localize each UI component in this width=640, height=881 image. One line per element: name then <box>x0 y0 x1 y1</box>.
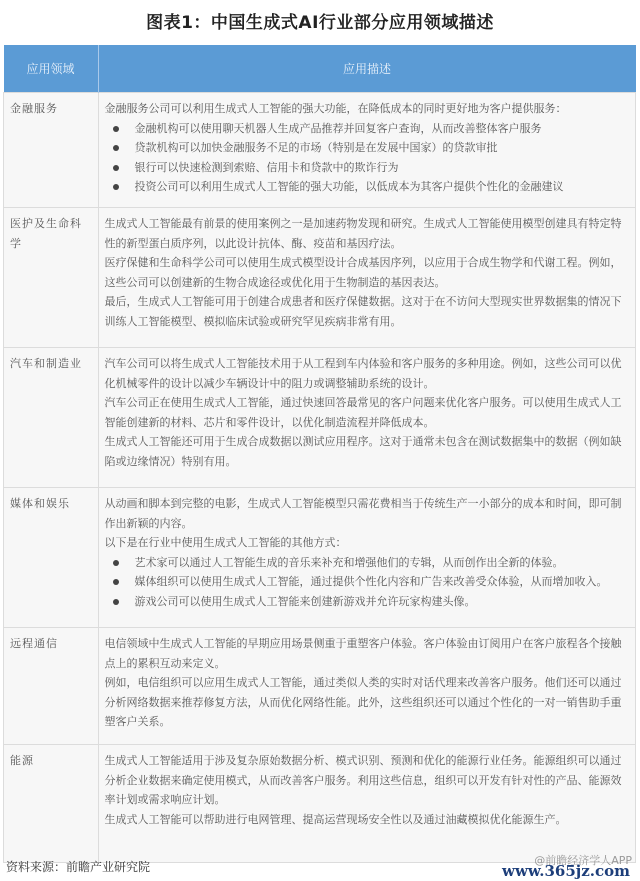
domain-cell: 医护及生命科学 <box>4 208 99 348</box>
description-paragraph: 生成式人工智能可以帮助进行电网管理、提高运营现场安全性以及通过油藏模拟优化能源生… <box>105 810 630 830</box>
table-row: 能源生成式人工智能适用于涉及复杂原始数据分析、模式识别、预测和优化的能源行业任务… <box>4 745 636 863</box>
domain-cell: 金融服务 <box>4 93 99 208</box>
table-row: 金融服务金融服务公司可以利用生成式人工智能的强大功能，在降低成本的同时更好地为客… <box>4 93 636 208</box>
bullet-item: 游戏公司可以使用生成式人工智能来创建新游戏并允许玩家构建头像。 <box>105 592 630 612</box>
bullet-item: 贷款机构可以加快金融服务不足的市场（特别是在发展中国家）的贷款审批 <box>105 138 630 158</box>
description-cell: 生成式人工智能最有前景的使用案例之一是加速药物发现和研究。生成式人工智能使用模型… <box>98 208 636 348</box>
table-row: 媒体和娱乐从动画和脚本到完整的电影，生成式人工智能模型只需花费相当于传统生产一小… <box>4 488 636 628</box>
source-note: 资料来源：前瞻产业研究院 <box>6 858 150 875</box>
description-paragraph: 以下是在行业中使用生成式人工智能的其他方式： <box>105 533 630 553</box>
description-cell: 生成式人工智能适用于涉及复杂原始数据分析、模式识别、预测和优化的能源行业任务。能… <box>98 745 636 863</box>
site-watermark: www.365jz.com <box>502 862 630 880</box>
description-paragraph: 从动画和脚本到完整的电影，生成式人工智能模型只需花费相当于传统生产一小部分的成本… <box>105 494 630 533</box>
description-paragraph: 金融服务公司可以利用生成式人工智能的强大功能，在降低成本的同时更好地为客户提供服… <box>105 99 630 119</box>
description-paragraph: 最后，生成式人工智能可用于创建合成患者和医疗保健数据。这对于在不访问大型现实世界… <box>105 292 630 331</box>
description-cell: 汽车公司可以将生成式人工智能技术用于从工程到车内体验和客户服务的多种用途。例如，… <box>98 348 636 488</box>
bullet-list: 金融机构可以使用聊天机器人生成产品推荐并回复客户查询，从而改善整体客户服务贷款机… <box>105 119 630 197</box>
description-paragraph: 生成式人工智能最有前景的使用案例之一是加速药物发现和研究。生成式人工智能使用模型… <box>105 214 630 253</box>
domain-cell: 远程通信 <box>4 628 99 745</box>
domain-cell: 媒体和娱乐 <box>4 488 99 628</box>
table-row: 医护及生命科学生成式人工智能最有前景的使用案例之一是加速药物发现和研究。生成式人… <box>4 208 636 348</box>
description-cell: 电信领域中生成式人工智能的早期应用场景侧重于重塑客户体验。客户体验由订阅用户在客… <box>98 628 636 745</box>
bullet-item: 媒体组织可以使用生成式人工智能，通过提供个性化内容和广告来改善受众体验，从而增加… <box>105 572 630 592</box>
bullet-item: 金融机构可以使用聊天机器人生成产品推荐并回复客户查询，从而改善整体客户服务 <box>105 119 630 139</box>
description-paragraph: 医疗保健和生命科学公司可以使用生成式模型设计合成基因序列，以应用于合成生物学和代… <box>105 253 630 292</box>
domain-cell: 能源 <box>4 745 99 863</box>
application-domains-table: 应用领域 应用描述 金融服务金融服务公司可以利用生成式人工智能的强大功能，在降低… <box>3 45 636 863</box>
bullet-item: 艺术家可以通过人工智能生成的音乐来补充和增强他们的专辑，从而创作出全新的体验。 <box>105 553 630 573</box>
description-paragraph: 汽车公司可以将生成式人工智能技术用于从工程到车内体验和客户服务的多种用途。例如，… <box>105 354 630 393</box>
bullet-item: 投资公司可以利用生成式人工智能的强大功能，以低成本为其客户提供个性化的金融建议 <box>105 177 630 197</box>
description-paragraph: 电信领域中生成式人工智能的早期应用场景侧重于重塑客户体验。客户体验由订阅用户在客… <box>105 634 630 673</box>
description-paragraph: 汽车公司正在使用生成式人工智能，通过快速回答最常见的客户问题来优化客户服务。可以… <box>105 393 630 432</box>
description-paragraph: 例如，电信组织可以应用生成式人工智能，通过类似人类的实时对话代理来改善客户服务。… <box>105 673 630 732</box>
description-cell: 金融服务公司可以利用生成式人工智能的强大功能，在降低成本的同时更好地为客户提供服… <box>98 93 636 208</box>
figure-title: 图表1：中国生成式AI行业部分应用领域描述 <box>0 8 640 33</box>
description-cell: 从动画和脚本到完整的电影，生成式人工智能模型只需花费相当于传统生产一小部分的成本… <box>98 488 636 628</box>
table-header-row: 应用领域 应用描述 <box>4 45 636 93</box>
table-row: 汽车和制造业汽车公司可以将生成式人工智能技术用于从工程到车内体验和客户服务的多种… <box>4 348 636 488</box>
description-paragraph: 生成式人工智能还可用于生成合成数据以测试应用程序。这对于通常未包含在测试数据集中… <box>105 432 630 471</box>
description-paragraph: 生成式人工智能适用于涉及复杂原始数据分析、模式识别、预测和优化的能源行业任务。能… <box>105 751 630 810</box>
header-description: 应用描述 <box>98 45 636 93</box>
domain-cell: 汽车和制造业 <box>4 348 99 488</box>
bullet-item: 银行可以快速检测到索赔、信用卡和贷款中的欺诈行为 <box>105 158 630 178</box>
table-body: 金融服务金融服务公司可以利用生成式人工智能的强大功能，在降低成本的同时更好地为客… <box>4 93 636 863</box>
bullet-list: 艺术家可以通过人工智能生成的音乐来补充和增强他们的专辑，从而创作出全新的体验。媒… <box>105 553 630 612</box>
header-domain: 应用领域 <box>4 45 99 93</box>
table-row: 远程通信电信领域中生成式人工智能的早期应用场景侧重于重塑客户体验。客户体验由订阅… <box>4 628 636 745</box>
